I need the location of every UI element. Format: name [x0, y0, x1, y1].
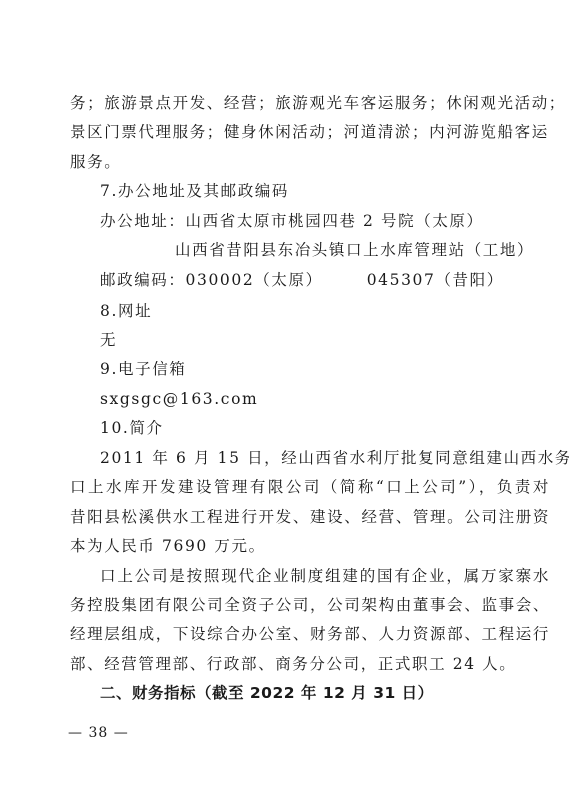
office-address-label: 办公地址：: [100, 212, 186, 230]
intro-paragraph-2-line-2: 务控股集团有限公司全资子公司，公司架构由董事会、监事会、: [70, 590, 550, 620]
office-address-row: 办公地址：山西省太原市桃园四巷 2 号院（太原）: [100, 206, 569, 236]
postal-code-label: 邮政编码：: [100, 271, 186, 289]
intro-paragraph-2-line-1: 口上公司是按照现代企业制度组建的国有企业，属万家寨水: [100, 561, 550, 591]
intro-paragraph-2-line-4: 部、经营管理部、行政部、商务分公司，正式职工 24 人。: [70, 649, 550, 679]
document-page: 务；旅游景点开发、经营；旅游观光车客运服务；休闲观光活动； 景区门票代理服务；健…: [0, 0, 569, 805]
intro-paragraph-1-line-1: 2011 年 6 月 15 日，经山西省水利厅批复同意组建山西水务: [100, 443, 550, 473]
section-two-heading: 二、财务指标（截至 2022 年 12 月 31 日）: [100, 678, 569, 708]
postal-code-taiyuan: 030002（太原）: [186, 271, 323, 289]
postal-code-xiyang: 045307（昔阳）: [367, 271, 504, 289]
postal-code-row: 邮政编码：030002（太原）045307（昔阳）: [100, 265, 569, 295]
section-7-heading: 7.办公地址及其邮政编码: [100, 176, 569, 206]
section-9-heading: 9.电子信箱: [100, 354, 569, 384]
intro-paragraph-1-line-2: 口上水库开发建设管理有限公司（简称“口上公司”），负责对: [70, 472, 550, 502]
business-scope-line-2: 景区门票代理服务；健身休闲活动；河道清淤；内河游览船客运: [70, 117, 530, 147]
section-10-heading: 10.简介: [100, 413, 569, 443]
intro-paragraph-1-line-3: 昔阳县松溪供水工程进行开发、建设、经营、管理。公司注册资: [70, 502, 550, 532]
business-scope-line-3: 服务。: [70, 147, 550, 177]
office-address-taiyuan: 山西省太原市桃园四巷 2 号院（太原）: [186, 212, 484, 230]
office-address-xiyang: 山西省昔阳县东冶头镇口上水库管理站（工地）: [175, 235, 569, 265]
website-value: 无: [100, 325, 569, 355]
page-number: — 38 —: [68, 723, 129, 743]
intro-paragraph-1-line-4: 本为人民币 7690 万元。: [70, 531, 550, 561]
section-8-heading: 8.网址: [100, 296, 569, 326]
business-scope-line-1: 务；旅游景点开发、经营；旅游观光车客运服务；休闲观光活动；: [70, 88, 550, 118]
email-value: sxgsgc@163.com: [100, 384, 569, 414]
intro-paragraph-2-line-3: 经理层组成，下设综合办公室、财务部、人力资源部、工程运行: [70, 619, 550, 649]
